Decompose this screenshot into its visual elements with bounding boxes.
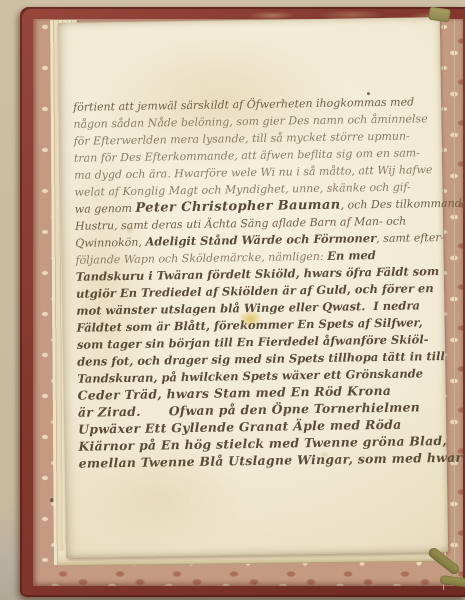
binding-ribbon-top <box>428 7 451 23</box>
manuscript-page: förtient att jemwäl särskildt af Öfwerhe… <box>58 17 448 558</box>
manuscript-text: förtient att jemwäl särskildt af Öfwerhe… <box>73 91 441 471</box>
scanned-book-photo: förtient att jemwäl särskildt af Öfwerhe… <box>0 0 465 600</box>
facing-page-edge-line <box>454 20 455 580</box>
